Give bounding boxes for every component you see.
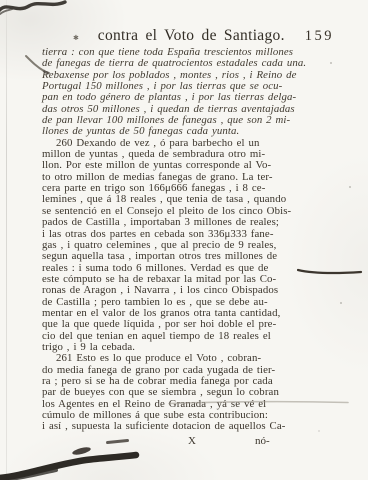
paper-speck — [340, 302, 342, 304]
page-edge-line — [6, 0, 7, 480]
ink-flourish-top-left-icon — [0, 0, 68, 19]
header-ornament-icon: ✱ — [73, 34, 79, 42]
scanned-book-page: ✱ contra el Voto de Santiago. 159 tierra… — [0, 0, 368, 480]
paragraph-261: 261 Esto es lo que produce el Voto , cob… — [42, 353, 348, 432]
running-title: contra el Voto de Santiago. — [98, 27, 285, 45]
page-number: 159 — [305, 28, 334, 45]
paper-speck — [349, 186, 351, 188]
signature-line: X nó- — [42, 435, 348, 449]
paragraph-260: 260 Dexando de vez , ó para barbecho el … — [42, 138, 348, 354]
text-block: tierra : con que tiene toda España tresc… — [42, 47, 348, 433]
page-header: ✱ contra el Voto de Santiago. 159 — [42, 27, 348, 47]
catchword: nó- — [255, 435, 270, 447]
paper-speck — [330, 62, 332, 64]
ink-smudge-bottom-left-icon — [0, 449, 140, 480]
signature-mark: X — [188, 435, 197, 447]
paragraph-continuation: tierra : con que tiene toda España tresc… — [42, 47, 348, 138]
paper-speck — [318, 430, 320, 432]
